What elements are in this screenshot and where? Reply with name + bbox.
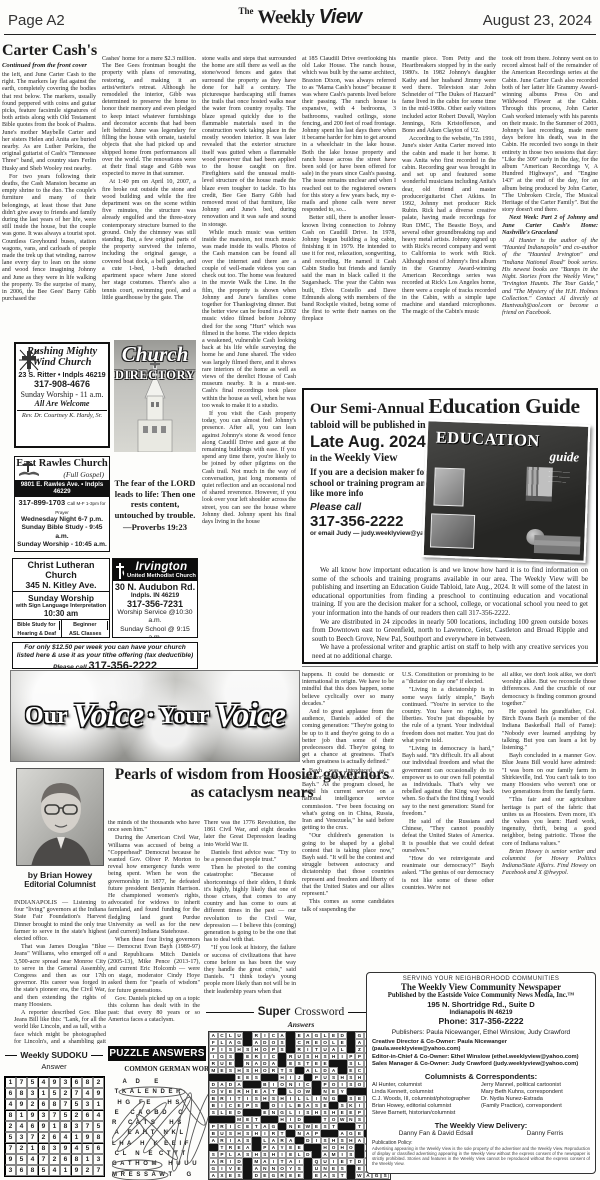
crossword-cell: L: [286, 1102, 295, 1109]
crossword-cell: E: [286, 1144, 295, 1151]
crossword-cell: R: [209, 1060, 218, 1067]
sudoku-cell: 9: [82, 1132, 93, 1143]
crossword-cell: H: [347, 1137, 356, 1144]
crossword-cell: I: [261, 1130, 270, 1137]
crossword-cell: [261, 1074, 270, 1081]
sudoku-cell: 2: [49, 1154, 60, 1165]
church-phone: 317-356-7231: [113, 599, 197, 609]
crossword-cell: I: [329, 1158, 338, 1165]
crossword-cell: O: [329, 1144, 338, 1151]
crossword-cell: E: [295, 1032, 304, 1039]
service-time: Sunday Worship - 11 a.m.: [17, 390, 107, 399]
sudoku-cell: 6: [5, 1088, 16, 1099]
crossword-cell: T: [329, 1123, 338, 1130]
crossword-cell: C: [269, 1032, 278, 1039]
logo-view: View: [319, 6, 362, 28]
byline-role: Editorial Columnist: [10, 880, 110, 889]
crossword-cell: [243, 1081, 252, 1088]
crossword-cell: N: [261, 1165, 270, 1172]
sudoku-cell: 3: [5, 1165, 16, 1176]
sudoku-cell: 4: [71, 1143, 82, 1154]
crossword-cell: T: [252, 1116, 261, 1123]
crossword-cell: E: [235, 1102, 244, 1109]
crossword-cell: P: [218, 1151, 227, 1158]
opinion-column-6-text: all alike, we don't look alike, we don't…: [502, 672, 596, 848]
sudoku-cell: 7: [82, 1121, 93, 1132]
sudoku-cell: 1: [49, 1121, 60, 1132]
opinion-column-3: There was the 1776 Revolution, the 1861 …: [204, 820, 296, 1002]
crossword-cell: I: [226, 1123, 235, 1130]
sudoku-cell: 5: [38, 1165, 49, 1176]
crossword-cell: G: [235, 1039, 244, 1046]
crossword-cell: I: [338, 1053, 347, 1060]
crossword-cell: G: [347, 1130, 356, 1137]
scripture-verse: The fear of the LORD leads to life: Then…: [112, 478, 198, 554]
crossword-cell: E: [329, 1165, 338, 1172]
crossword-cell: E: [286, 1151, 295, 1158]
crossword-cell: G: [269, 1123, 278, 1130]
paragraph: We all know how important education is a…: [312, 566, 588, 618]
crossword-cell: T: [278, 1067, 287, 1074]
crossword-cell: A: [355, 1137, 364, 1144]
crossword-cell: A: [261, 1158, 270, 1165]
crossword-cell: N: [321, 1165, 330, 1172]
crossword-cell: E: [321, 1102, 330, 1109]
crossword-cell: [338, 1067, 347, 1074]
paragraph: "Living in democracy is hard," Bayh said…: [402, 746, 494, 818]
crossword-cell: S: [338, 1102, 347, 1109]
crossword-cell: A: [304, 1130, 313, 1137]
sudoku-cell: 8: [71, 1154, 82, 1165]
service-time: Sunday Worship - 10:45 a.m.: [16, 541, 108, 550]
crossword-cell: O: [278, 1081, 287, 1088]
crossword-cell: F: [209, 1039, 218, 1046]
crossword-cell: A: [304, 1067, 313, 1074]
crossword-cell: I: [295, 1109, 304, 1116]
sudoku-cell: 4: [16, 1121, 27, 1132]
crossword-cell: E: [226, 1172, 235, 1179]
sudoku-cell: 9: [16, 1099, 27, 1110]
crossword-cell: R: [218, 1123, 227, 1130]
opinion-column-1: INDIANAPOLIS — Listening to four "living…: [14, 900, 106, 1044]
crossword-cell: I: [218, 1165, 227, 1172]
crossword-cell: R: [226, 1144, 235, 1151]
crossword-cell: A: [269, 1137, 278, 1144]
crossword-cell: E: [312, 1172, 321, 1179]
crossword-cell: E: [226, 1060, 235, 1067]
crossword-cell: Q: [312, 1158, 321, 1165]
paragraph: Better still, there is another lesser-kn…: [302, 215, 396, 323]
crossword-cell: [226, 1074, 235, 1081]
crossword-cell: [209, 1074, 218, 1081]
crossword-cell: E: [235, 1074, 244, 1081]
crossword-cell: I: [312, 1137, 321, 1144]
crossword-cell: O: [321, 1039, 330, 1046]
crossword-cell: D: [321, 1067, 330, 1074]
columnist-name: Dr. Nydia Nunez-Estrada: [481, 1096, 590, 1103]
crossword-cell: O: [278, 1165, 287, 1172]
cross-flame-icon: [115, 562, 125, 580]
crossword-cell: [278, 1088, 287, 1095]
crossword-cell: I: [355, 1102, 364, 1109]
paper-name: Weekly View: [334, 452, 398, 464]
crossword-cell: S: [347, 1060, 356, 1067]
crossword-cell: O: [269, 1102, 278, 1109]
crossword-cell: A: [329, 1046, 338, 1053]
crossword-cell: [218, 1074, 227, 1081]
sudoku-cell: 7: [5, 1143, 16, 1154]
crossword-cell: C: [304, 1081, 313, 1088]
crossword-cell: N: [269, 1109, 278, 1116]
crossword-cell: E: [243, 1123, 252, 1130]
crossword-cell: N: [321, 1088, 330, 1095]
church-phone: 317-908-4676: [17, 379, 107, 389]
paragraph: Daniels first advice was: "Try to be a p…: [204, 850, 296, 864]
crossword-cell: I: [226, 1137, 235, 1144]
sudoku-cell: 9: [71, 1165, 82, 1176]
sudoku-cell: 1: [27, 1143, 38, 1154]
ad-irvington-umc: Irvington United Methodist Church 30 N. …: [112, 558, 198, 638]
crossword-cell: [243, 1039, 252, 1046]
crossword-cell: [321, 1130, 330, 1137]
crossword-cell: B: [295, 1102, 304, 1109]
paper-title: The Weekly View Community Newspaper: [372, 982, 590, 992]
crossword-cell: I: [218, 1046, 227, 1053]
crossword-cell: S: [329, 1074, 338, 1081]
sudoku-cell: 2: [71, 1110, 82, 1121]
crossword-cell: V: [226, 1165, 235, 1172]
crossword-cell: [252, 1081, 261, 1088]
crossword-cell: A: [218, 1081, 227, 1088]
paragraph: We are distributed in 24 zipcodes in nea…: [312, 618, 588, 644]
paragraph: took off from there. Johnny went on to r…: [502, 56, 598, 214]
crossword-cell: C: [355, 1067, 364, 1074]
crossword-cell: S: [235, 1172, 244, 1179]
cover-photo: [430, 513, 475, 549]
crossword-cell: R: [252, 1032, 261, 1039]
crossword-cell: W: [355, 1172, 364, 1179]
crossword-cell: A: [209, 1032, 218, 1039]
sudoku-cell: 1: [38, 1088, 49, 1099]
crossword-cell: A: [209, 1137, 218, 1144]
crossword-cell: E: [261, 1109, 270, 1116]
sudoku-cell: 8: [38, 1143, 49, 1154]
crossword-cell: U: [295, 1053, 304, 1060]
sudoku-cell: 1: [82, 1154, 93, 1165]
crossword-cell: E: [295, 1123, 304, 1130]
crossword-cell: L: [355, 1060, 364, 1067]
crossword-cell: E: [261, 1172, 270, 1179]
crossword-cell: I: [295, 1158, 304, 1165]
paragraph: all alike, we don't look alike, we don't…: [502, 672, 596, 708]
office-address: 195 N. Shortridge Rd., Suite D: [372, 1000, 590, 1009]
crossword-cell: U: [235, 1032, 244, 1039]
crossword-cell: E: [295, 1172, 304, 1179]
sudoku-cell: 5: [93, 1121, 104, 1132]
next-week-teaser: Next Week: Part 2 of Johnny and June Car…: [502, 215, 598, 237]
crossword-cell: [278, 1053, 287, 1060]
crossword-cell: X: [218, 1172, 227, 1179]
sudoku-cell: 4: [49, 1165, 60, 1176]
crossword-cell: [355, 1088, 364, 1095]
crossword-cell: Y: [338, 1088, 347, 1095]
sudoku-cell: 4: [93, 1110, 104, 1121]
crossword-cell: B: [209, 1102, 218, 1109]
sudoku-cell: 8: [93, 1132, 104, 1143]
sudoku-cell: 1: [60, 1165, 71, 1176]
crossword-cell: H: [252, 1046, 261, 1053]
crossword-cell: I: [338, 1151, 347, 1158]
crossword-cell: Y: [286, 1165, 295, 1172]
asl-classes-cell: Beginner ASL Classes Tues. 7:00 pm: [62, 620, 110, 638]
crossword-cell: [252, 1137, 261, 1144]
crossword-cell: H: [338, 1144, 347, 1151]
crossword-cell: H: [261, 1095, 270, 1102]
crossword-cell: A: [321, 1172, 330, 1179]
crossword-cell: [338, 1095, 347, 1102]
crossword-cell: S: [243, 1137, 252, 1144]
staff-lines: Creative Director & Co-Owner: Paula Nice…: [372, 1039, 590, 1069]
crossword-cell: T: [278, 1158, 287, 1165]
crossword-cell: E: [347, 1067, 356, 1074]
service-time: 10:30 am: [13, 609, 109, 618]
crossword-cell: [226, 1116, 235, 1123]
crossword-cell: [329, 1060, 338, 1067]
sudoku-cell: 8: [5, 1110, 16, 1121]
crossword-cell: A: [235, 1151, 244, 1158]
crossword-cell: [329, 1102, 338, 1109]
crossword-cell: [304, 1074, 313, 1081]
crossword-cell: [209, 1116, 218, 1123]
church-denomination: United Methodist Church: [127, 573, 196, 579]
church-address: 9801 E. Rawles Ave. • Indpls 46229: [15, 480, 109, 497]
crossword-cell: [261, 1116, 270, 1123]
crossword-cell: A: [329, 1067, 338, 1074]
crossword-cell: [329, 1130, 338, 1137]
crossword-cell: S: [321, 1109, 330, 1116]
crossword-cell: S: [304, 1053, 313, 1060]
crossword-cell: A: [252, 1165, 261, 1172]
crossword-cell: I: [269, 1158, 278, 1165]
crossword-cell: N: [321, 1095, 330, 1102]
sudoku-grid: 1754936826831527494926875318193752642469…: [4, 1076, 105, 1177]
paragraph: Then he pivoted to the coming catastroph…: [204, 865, 296, 944]
sudoku-cell: 3: [82, 1099, 93, 1110]
crossword-cell: S: [338, 1137, 347, 1144]
crossword-cell: I: [226, 1158, 235, 1165]
crossword-cell: T: [218, 1144, 227, 1151]
crossword-cell: N: [269, 1165, 278, 1172]
sudoku-cell: 3: [27, 1088, 38, 1099]
publishers-line: Publishers: Paula Nicewanger, Ethel Wins…: [372, 1029, 590, 1036]
crossword-cell: A: [304, 1102, 313, 1109]
sudoku-cell: 8: [16, 1088, 27, 1099]
paragraph: at 185 Claudill Drive overlooking his ol…: [302, 56, 396, 214]
published-by: Published by the Eastside Voice Communit…: [372, 992, 590, 999]
paragraph: When these four living governors — Democ…: [108, 937, 200, 995]
paragraph: the left, and June Carter Cash to the ri…: [2, 72, 96, 173]
paragraph: A reporter described Gov. Blue Jeans Bil…: [14, 1010, 106, 1044]
crossword-cell: S: [226, 1130, 235, 1137]
service-time: Wednesday Night 6-7 p.m.: [16, 516, 108, 525]
crossword-cell: H: [243, 1088, 252, 1095]
sudoku-cell: 2: [5, 1121, 16, 1132]
crossword-cell: S: [261, 1151, 270, 1158]
crossword-cell: I: [261, 1053, 270, 1060]
crossword-cell: G: [218, 1053, 227, 1060]
education-guide-cover: EDUCATION guide ▪ ——— ——▪ —— ———▪ ——— —: [422, 419, 591, 563]
crossword-cell: S: [295, 1165, 304, 1172]
section-divider: [302, 666, 598, 667]
crossword-cell: T: [304, 1060, 313, 1067]
ad-body-text: We all know how important education is a…: [312, 566, 588, 658]
crossword-cell: L: [338, 1046, 347, 1053]
sudoku-cell: 5: [60, 1110, 71, 1121]
sudoku-cell: 7: [38, 1154, 49, 1165]
columnist-name: Jerry Mannel, political cartoonist: [481, 1082, 590, 1089]
crossword-cell: U: [321, 1074, 330, 1081]
crossword-cell: E: [338, 1109, 347, 1116]
banner-word: Voice: [214, 697, 285, 735]
crossword-cell: [312, 1144, 321, 1151]
banner-word: Voice: [73, 697, 144, 735]
crossword-cell: D: [304, 1151, 313, 1158]
paragraph: "This fair and our agriculture heritage …: [502, 797, 596, 847]
crossword-cell: H: [235, 1067, 244, 1074]
crossword-cell: O: [261, 1067, 270, 1074]
crossword-cell: I: [304, 1046, 313, 1053]
directory-title-caps: DIRECTORY: [114, 368, 196, 383]
sudoku-cell: 9: [27, 1110, 38, 1121]
office-phone: Phone: 317-356-2222: [372, 1016, 590, 1026]
crossword-cell: [338, 1123, 347, 1130]
portrait-graphic: [17, 769, 104, 866]
crossword-cell: S: [278, 1046, 287, 1053]
crossword-cell: A: [269, 1060, 278, 1067]
crossword-cell: S: [321, 1053, 330, 1060]
crossword-cell: G: [329, 1095, 338, 1102]
church-steeple-photo: Church DIRECTORY: [114, 340, 196, 452]
apple-graphic: [526, 529, 545, 546]
sudoku-cell: 5: [49, 1088, 60, 1099]
sudoku-cell: 6: [93, 1143, 104, 1154]
crossword-cell: E: [235, 1165, 244, 1172]
crossword-cell: M: [252, 1158, 261, 1165]
sudoku-cell: 6: [60, 1154, 71, 1165]
crossword-cell: A: [243, 1144, 252, 1151]
crossword-cell: [286, 1046, 295, 1053]
crossword-cell: S: [312, 1102, 321, 1109]
crossword-cell: [243, 1032, 252, 1039]
crossword-cell: T: [252, 1123, 261, 1130]
crossword-cell: I: [269, 1081, 278, 1088]
crossword-cell: H: [329, 1137, 338, 1144]
crossword-cell: S: [347, 1095, 356, 1102]
church-logo-text: Irvington: [127, 561, 196, 573]
cash-column-6-text: took off from there. Johnny went on to r…: [502, 56, 598, 214]
opinion-column-2: the minds of the thousands who have once…: [108, 820, 200, 1042]
books-graphic: [534, 545, 580, 555]
directory-title-script: Church: [114, 342, 196, 367]
cash-column-3: stone walls and steps that surrounded th…: [202, 56, 296, 666]
service-time: Sunday School @ 9:15 a.m.: [113, 626, 197, 638]
crossword-cell: [347, 1165, 356, 1172]
crossword-cell: [286, 1032, 295, 1039]
crossword-cell: G: [269, 1172, 278, 1179]
crossword-cell: [312, 1116, 321, 1123]
church-address: 345 N. Kitley Ave.: [13, 580, 109, 590]
crossword-cell: H: [278, 1074, 287, 1081]
crossword-cell: D: [226, 1081, 235, 1088]
crossword-cell: W: [304, 1123, 313, 1130]
sudoku-cell: 9: [93, 1088, 104, 1099]
delivery-title: The Weekly View Delivery:: [372, 1121, 590, 1130]
bible-cross-icon: [17, 460, 41, 478]
masthead-box: SERVING YOUR NEIGHBORHOOD COMMUNITIES Th…: [366, 972, 596, 1174]
newspaper-page: Page A2 The Weekly View August 23, 2024 …: [0, 0, 600, 1180]
crossword-cell: [347, 1046, 356, 1053]
sudoku-cell: 5: [71, 1099, 82, 1110]
crossword-cell: S: [347, 1074, 356, 1081]
sudoku-cell: 3: [16, 1132, 27, 1143]
crossword-cell: E: [243, 1116, 252, 1123]
sudoku-cell: 4: [27, 1154, 38, 1165]
sudoku-cell: 8: [49, 1099, 60, 1110]
crossword-cell: P: [312, 1074, 321, 1081]
crossword-cell: [243, 1165, 252, 1172]
crossword-cell: E: [312, 1060, 321, 1067]
crossword-cell: Z: [355, 1046, 364, 1053]
crossword-cell: I: [278, 1151, 287, 1158]
crossword-cell: I: [295, 1081, 304, 1088]
crossword-cell: E: [329, 1088, 338, 1095]
sudoku-cell: 9: [5, 1154, 16, 1165]
opinion-column-5: U.S. Constitution or promising to be a "…: [402, 672, 494, 966]
cash-column-4: at 185 Claudill Drive overlooking his ol…: [302, 56, 396, 384]
crossword-cell: T: [278, 1130, 287, 1137]
crossword-cell: M: [329, 1151, 338, 1158]
crossword-cell: L: [261, 1137, 270, 1144]
crossword-cell: T: [269, 1088, 278, 1095]
cash-column-5: mantle piece. Tom Petty and the Heartbre…: [402, 56, 496, 384]
crossword-cell: I: [286, 1116, 295, 1123]
crossword-cell: I: [226, 1095, 235, 1102]
crossword-cell: E: [312, 1039, 321, 1046]
crossword-cell: H: [235, 1130, 244, 1137]
brian-howey-photo: [16, 768, 104, 866]
crossword-cell: N: [243, 1060, 252, 1067]
crossword-cell: H: [312, 1109, 321, 1116]
sudoku-cell: 9: [49, 1077, 60, 1088]
crossword-cell: [347, 1032, 356, 1039]
crossword-cell: W: [304, 1088, 313, 1095]
paragraph: There was the 1776 Revolution, the 1861 …: [204, 820, 296, 849]
paragraph: While much music was written inside the …: [202, 230, 296, 410]
sudoku-cell: 7: [27, 1132, 38, 1143]
crossword-cell: S: [252, 1074, 261, 1081]
crossword-cell: R: [235, 1088, 244, 1095]
columnist-name: (Family Practice), correspondent: [481, 1103, 590, 1110]
church-address: 30 N. Audubon Rd.: [113, 582, 197, 592]
paragraph: "If you look at history, the failure or …: [204, 945, 296, 995]
crossword-cell: L: [286, 1088, 295, 1095]
crossword-cell: A: [261, 1123, 270, 1130]
crossword-cell: L: [218, 1109, 227, 1116]
opinion-column-4: happens. It could be domestic or interna…: [302, 672, 394, 998]
crossword-cell: H: [321, 1144, 330, 1151]
paragraph: Gov. Daniels picked up on a topic this c…: [108, 996, 200, 1025]
crossword-cell: P: [321, 1081, 330, 1088]
